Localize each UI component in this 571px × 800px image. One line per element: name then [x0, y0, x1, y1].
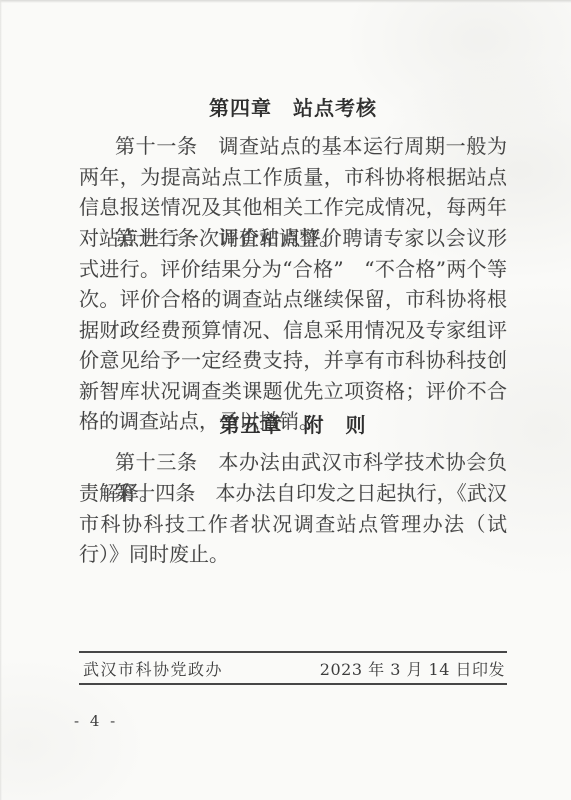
issuing-office-label: 武汉市科协党政办 [79, 657, 223, 680]
article-14-paragraph: 第十四条 本办法自印发之日起执行，《武汉市科协科技工作者状况调查站点管理办法（试… [79, 478, 507, 570]
scan-edge-artifact-left [0, 0, 2, 800]
scan-edge-artifact-top [0, 0, 571, 3]
page-number: - 4 - [74, 712, 118, 730]
scanned-document-page: 第四章 站点考核 第十一条 调查站点的基本运行周期一般为两年，为提高站点工作质量… [0, 0, 571, 800]
colophon-block: 武汉市科协党政办 2023 年 3 月 14 日印发 [79, 651, 507, 685]
chapter-4-heading: 第四章 站点考核 [79, 96, 507, 120]
article-12-paragraph: 第十二条 调查站点评价聘请专家以会议形式进行。评价结果分为“合格” “不合格”两… [79, 223, 507, 437]
chapter-5-heading: 第五章 附 则 [79, 413, 507, 437]
print-date-label: 2023 年 3 月 14 日印发 [320, 657, 507, 680]
